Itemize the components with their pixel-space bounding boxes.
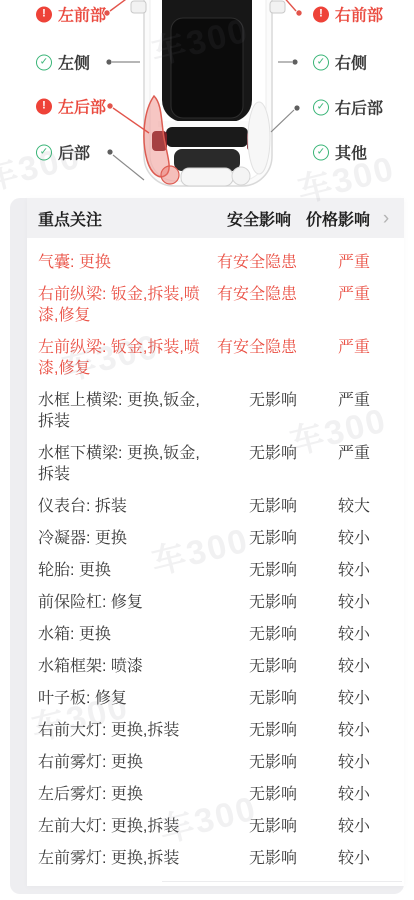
row-safety-value: 无影响 <box>207 656 297 677</box>
table-row: 右前雾灯: 更换 无影响 较小 <box>27 746 404 778</box>
divider <box>162 881 402 882</box>
row-price-value: 较小 <box>297 784 370 805</box>
row-price-value: 严重 <box>297 443 370 464</box>
row-item-label: 右前纵梁: 钣金,拆装,喷漆,修复 <box>38 284 207 326</box>
table-row: 左前大灯: 更换,拆装 无影响 较小 <box>27 810 404 842</box>
left-mirror <box>131 1 146 13</box>
row-price-value: 较小 <box>297 560 370 581</box>
zone-label[interactable]: ✓ 后部 <box>36 141 90 164</box>
row-price-value: 严重 <box>297 252 370 273</box>
header-safety-impact: 安全影响 <box>199 207 291 230</box>
table-row: 轮胎: 更换 无影响 较小 <box>27 554 404 586</box>
row-item-label: 叶子板: 修复 <box>38 688 207 709</box>
row-price-value: 严重 <box>297 390 370 411</box>
check-circle-icon: ✓ <box>36 54 52 70</box>
zone-label[interactable]: ! 左前部 <box>36 3 106 26</box>
row-item-label: 水框上横梁: 更换,钣金,拆装 <box>38 390 207 432</box>
row-safety-value: 无影响 <box>207 496 297 517</box>
row-safety-value: 无影响 <box>207 592 297 613</box>
table-row: 冷凝器: 更换 无影响 较小 <box>27 522 404 554</box>
row-price-value: 严重 <box>297 337 370 358</box>
header-key-focus: 重点关注 <box>38 207 199 230</box>
alert-exclamation-icon: ! <box>313 6 329 22</box>
table-row: 前保险杠: 修复 无影响 较小 <box>27 586 404 618</box>
zone-label[interactable]: ✓ 右侧 <box>313 51 367 74</box>
row-price-value: 较小 <box>297 752 370 773</box>
row-safety-value: 无影响 <box>207 752 297 773</box>
key-focus-table: 重点关注 安全影响 价格影响 › 气囊: 更换 有安全隐患 严重 右前纵梁: 钣… <box>27 198 404 886</box>
zone-label[interactable]: ✓ 其他 <box>313 141 367 164</box>
row-safety-value: 无影响 <box>207 848 297 869</box>
damage-highlight-left-bumper <box>161 166 179 184</box>
vehicle-damage-report-screen: ! 左前部 ✓ 左侧 ! 左后部 ✓ 后部 ! 右前部 ✓ 右侧 ✓ 右后部 ✓… <box>0 0 414 900</box>
row-item-label: 左前大灯: 更换,拆装 <box>38 816 207 837</box>
table-row: 左前纵梁: 钣金,拆装,喷漆,修复 有安全隐患 严重 <box>27 331 404 384</box>
row-safety-value: 有安全隐患 <box>207 284 297 305</box>
table-row: 左后雾灯: 更换 无影响 较小 <box>27 778 404 810</box>
zone-label[interactable]: ! 左后部 <box>36 95 106 118</box>
row-item-label: 水箱框架: 喷漆 <box>38 656 207 677</box>
zone-label-text: 左前部 <box>58 3 106 26</box>
row-safety-value: 无影响 <box>207 390 297 411</box>
table-row: 水框上横梁: 更换,钣金,拆装 无影响 严重 <box>27 384 404 437</box>
row-safety-value: 有安全隐患 <box>207 252 297 273</box>
row-safety-value: 无影响 <box>207 443 297 464</box>
row-price-value: 较大 <box>297 496 370 517</box>
zone-label-text: 左后部 <box>58 95 106 118</box>
alert-exclamation-icon: ! <box>36 98 52 114</box>
zone-label-text: 后部 <box>58 141 90 164</box>
row-item-label: 左前纵梁: 钣金,拆装,喷漆,修复 <box>38 337 207 379</box>
row-price-value: 较小 <box>297 592 370 613</box>
row-price-value: 较小 <box>297 624 370 645</box>
table-row: 右前纵梁: 钣金,拆装,喷漆,修复 有安全隐患 严重 <box>27 278 404 331</box>
check-circle-icon: ✓ <box>313 54 329 70</box>
header-price-impact: 价格影响 <box>297 207 370 230</box>
row-safety-value: 无影响 <box>207 528 297 549</box>
sunroof <box>171 18 243 118</box>
zone-label-text: 右前部 <box>335 3 383 26</box>
row-item-label: 右前大灯: 更换,拆装 <box>38 720 207 741</box>
row-price-value: 较小 <box>297 688 370 709</box>
row-item-label: 气囊: 更换 <box>38 252 207 273</box>
row-item-label: 轮胎: 更换 <box>38 560 207 581</box>
table-body: 气囊: 更换 有安全隐患 严重 右前纵梁: 钣金,拆装,喷漆,修复 有安全隐患 … <box>27 238 404 874</box>
row-safety-value: 无影响 <box>207 720 297 741</box>
zone-label-text: 右后部 <box>335 96 383 119</box>
car-damage-diagram-section: ! 左前部 ✓ 左侧 ! 左后部 ✓ 后部 ! 右前部 ✓ 右侧 ✓ 右后部 ✓… <box>0 0 414 198</box>
row-item-label: 左前雾灯: 更换,拆装 <box>38 848 207 869</box>
table-row: 水框下横梁: 更换,钣金,拆装 无影响 严重 <box>27 437 404 490</box>
table-row: 水箱: 更换 无影响 较小 <box>27 618 404 650</box>
row-price-value: 严重 <box>297 284 370 305</box>
zone-label[interactable]: ✓ 右后部 <box>313 96 383 119</box>
row-safety-value: 无影响 <box>207 560 297 581</box>
row-safety-value: 无影响 <box>207 816 297 837</box>
alert-exclamation-icon: ! <box>36 6 52 22</box>
check-circle-icon: ✓ <box>313 99 329 115</box>
table-row: 水箱框架: 喷漆 无影响 较小 <box>27 650 404 682</box>
row-item-label: 水框下横梁: 更换,钣金,拆装 <box>38 443 207 485</box>
row-safety-value: 有安全隐患 <box>207 337 297 358</box>
table-row: 气囊: 更换 有安全隐患 严重 <box>27 246 404 278</box>
right-mirror <box>270 1 285 13</box>
zone-label-text: 右侧 <box>335 51 367 74</box>
row-item-label: 左后雾灯: 更换 <box>38 784 207 805</box>
table-row: 右前大灯: 更换,拆装 无影响 较小 <box>27 714 404 746</box>
row-safety-value: 无影响 <box>207 784 297 805</box>
row-price-value: 较小 <box>297 816 370 837</box>
row-item-label: 前保险杠: 修复 <box>38 592 207 613</box>
zone-label[interactable]: ! 右前部 <box>313 3 383 26</box>
row-safety-value: 无影响 <box>207 624 297 645</box>
row-item-label: 冷凝器: 更换 <box>38 528 207 549</box>
chevron-right-icon[interactable]: › <box>376 209 396 228</box>
table-row: 左前雾灯: 更换,拆装 无影响 较小 <box>27 842 404 874</box>
row-price-value: 较小 <box>297 528 370 549</box>
table-row: 仪表台: 拆装 无影响 较大 <box>27 490 404 522</box>
rear-bumper <box>181 168 233 186</box>
row-price-value: 较小 <box>297 720 370 741</box>
zone-label-text: 其他 <box>335 141 367 164</box>
rear-window <box>166 127 248 147</box>
row-price-value: 较小 <box>297 656 370 677</box>
row-item-label: 右前雾灯: 更换 <box>38 752 207 773</box>
check-circle-icon: ✓ <box>313 144 329 160</box>
row-safety-value: 无影响 <box>207 688 297 709</box>
table-header: 重点关注 安全影响 价格影响 › <box>27 198 404 238</box>
row-price-value: 较小 <box>297 848 370 869</box>
zone-label-text: 左侧 <box>58 51 90 74</box>
check-circle-icon: ✓ <box>36 144 52 160</box>
zone-label[interactable]: ✓ 左侧 <box>36 51 90 74</box>
row-item-label: 水箱: 更换 <box>38 624 207 645</box>
row-item-label: 仪表台: 拆装 <box>38 496 207 517</box>
table-row: 叶子板: 修复 无影响 较小 <box>27 682 404 714</box>
